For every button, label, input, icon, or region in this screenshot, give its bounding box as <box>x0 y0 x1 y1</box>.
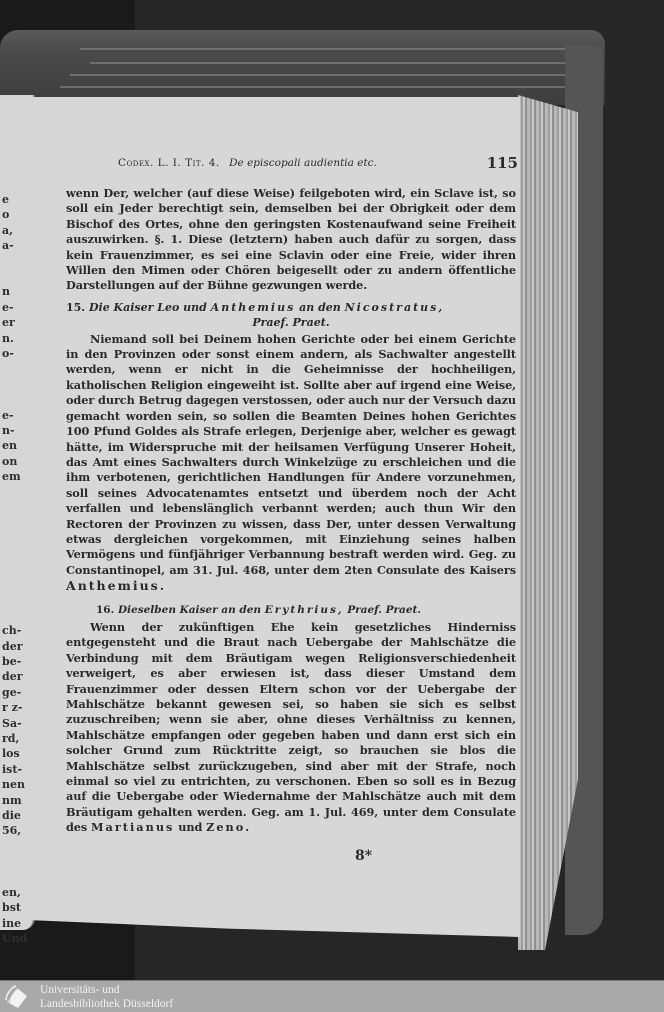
book-logo-icon <box>4 984 30 1010</box>
left-page-fragment: e- <box>2 409 14 423</box>
section-16-closing-name-2: Zeno. <box>206 820 251 834</box>
section-15-title-b: Anthemius <box>211 301 296 314</box>
section-16-number: 16. <box>96 604 114 616</box>
running-head: Codex. L. I. Tit. 4. De episcopali audie… <box>118 157 518 169</box>
left-page-fragment: e <box>2 193 9 207</box>
running-head-subject: De episcopali audientia etc. <box>229 157 377 169</box>
left-page-fragment: ist- <box>2 763 22 777</box>
left-page-fragment: nm <box>2 794 22 808</box>
section-16-title-c: Praef. Praet. <box>347 604 421 616</box>
section-16-body: Wenn der zukünftigen Ehe kein gesetzlich… <box>66 620 516 834</box>
running-head-title: Codex. L. I. Tit. 4. <box>118 157 220 169</box>
section-15-closing-name: Anthemius. <box>66 578 166 593</box>
library-footer: Universitäts- und Landesbibliothek Düsse… <box>0 980 664 1012</box>
left-page-fragment: er <box>2 316 15 330</box>
section-16-heading: 16. Dieselben Kaiser an den Erythrius, P… <box>66 603 516 618</box>
section-15-body: Niemand soll bei Deinem hohen Gerichte o… <box>66 332 516 577</box>
left-page-fragment: en, <box>2 886 21 900</box>
page-stack-edge <box>518 95 578 950</box>
section-15-title-d: Nicostratus, <box>345 301 445 314</box>
page-number: 115 <box>487 154 518 172</box>
left-page-fragment: der <box>2 640 23 654</box>
left-page-fragment: rd, <box>2 732 19 746</box>
left-page-fragment: los <box>2 747 20 761</box>
section-15-title-c: an den <box>299 301 341 314</box>
section-15-number: 15. <box>66 301 85 314</box>
left-page-fragment: der <box>2 670 23 684</box>
left-page-fragment: 56, <box>2 824 21 838</box>
left-page-fragment: ch- <box>2 624 21 638</box>
left-page-fragment: o <box>2 208 9 222</box>
section-16-title-a: Dieselben Kaiser an den <box>118 604 261 616</box>
left-page-fragment: die <box>2 809 21 823</box>
left-page-fragment: on <box>2 455 17 469</box>
left-page-fragment: be- <box>2 655 21 669</box>
page-body: wenn Der, welcher (auf diese Weise) feil… <box>66 186 516 836</box>
section-15-text: Niemand soll bei Deinem hohen Gerichte o… <box>66 332 516 595</box>
section-16-closing-name-1: Martianus <box>91 820 174 834</box>
left-page-fragment: n <box>2 285 10 299</box>
footer-line-2: Landesbibliothek Düsseldorf <box>40 997 173 1011</box>
section-15-heading: 15. Die Kaiser Leo und Anthemius an den … <box>66 300 516 315</box>
left-page-fragment: nen <box>2 778 25 792</box>
left-page-fragment: n. <box>2 332 14 346</box>
section-16-title-b: Erythrius, <box>265 604 344 616</box>
left-page-fragment: bst <box>2 901 21 915</box>
left-page: eoa,a-ne-ern.o-e-n-enonemch-derbe-derge-… <box>0 95 35 930</box>
paragraph-continuation: wenn Der, welcher (auf diese Weise) feil… <box>66 186 516 294</box>
left-page-fragment: o- <box>2 347 14 361</box>
left-page-fragment: ge- <box>2 686 21 700</box>
book-top-edge <box>0 30 605 105</box>
left-page-fragment: ine <box>2 917 21 931</box>
left-page-fragment: n- <box>2 424 15 438</box>
left-page-fragment: en <box>2 439 17 453</box>
section-15-subtitle: Praef. Praet. <box>66 315 516 330</box>
left-page-fragment: a- <box>2 239 14 253</box>
left-page-fragment: r z- <box>2 701 22 715</box>
signature-mark: 8* <box>355 848 372 864</box>
footer-line-1: Universitäts- und <box>40 983 120 997</box>
section-16-text: Wenn der zukünftigen Ehe kein gesetzlich… <box>66 620 516 836</box>
left-page-fragment: em <box>2 470 21 484</box>
section-15-title-a: Die Kaiser Leo und <box>89 301 207 314</box>
left-page-fragment: a, <box>2 224 13 238</box>
section-16-closing-und: und <box>178 820 202 834</box>
left-page-fragment: Und <box>2 932 27 946</box>
left-page-fragment: Sa- <box>2 717 22 731</box>
left-page-fragment: e- <box>2 301 14 315</box>
